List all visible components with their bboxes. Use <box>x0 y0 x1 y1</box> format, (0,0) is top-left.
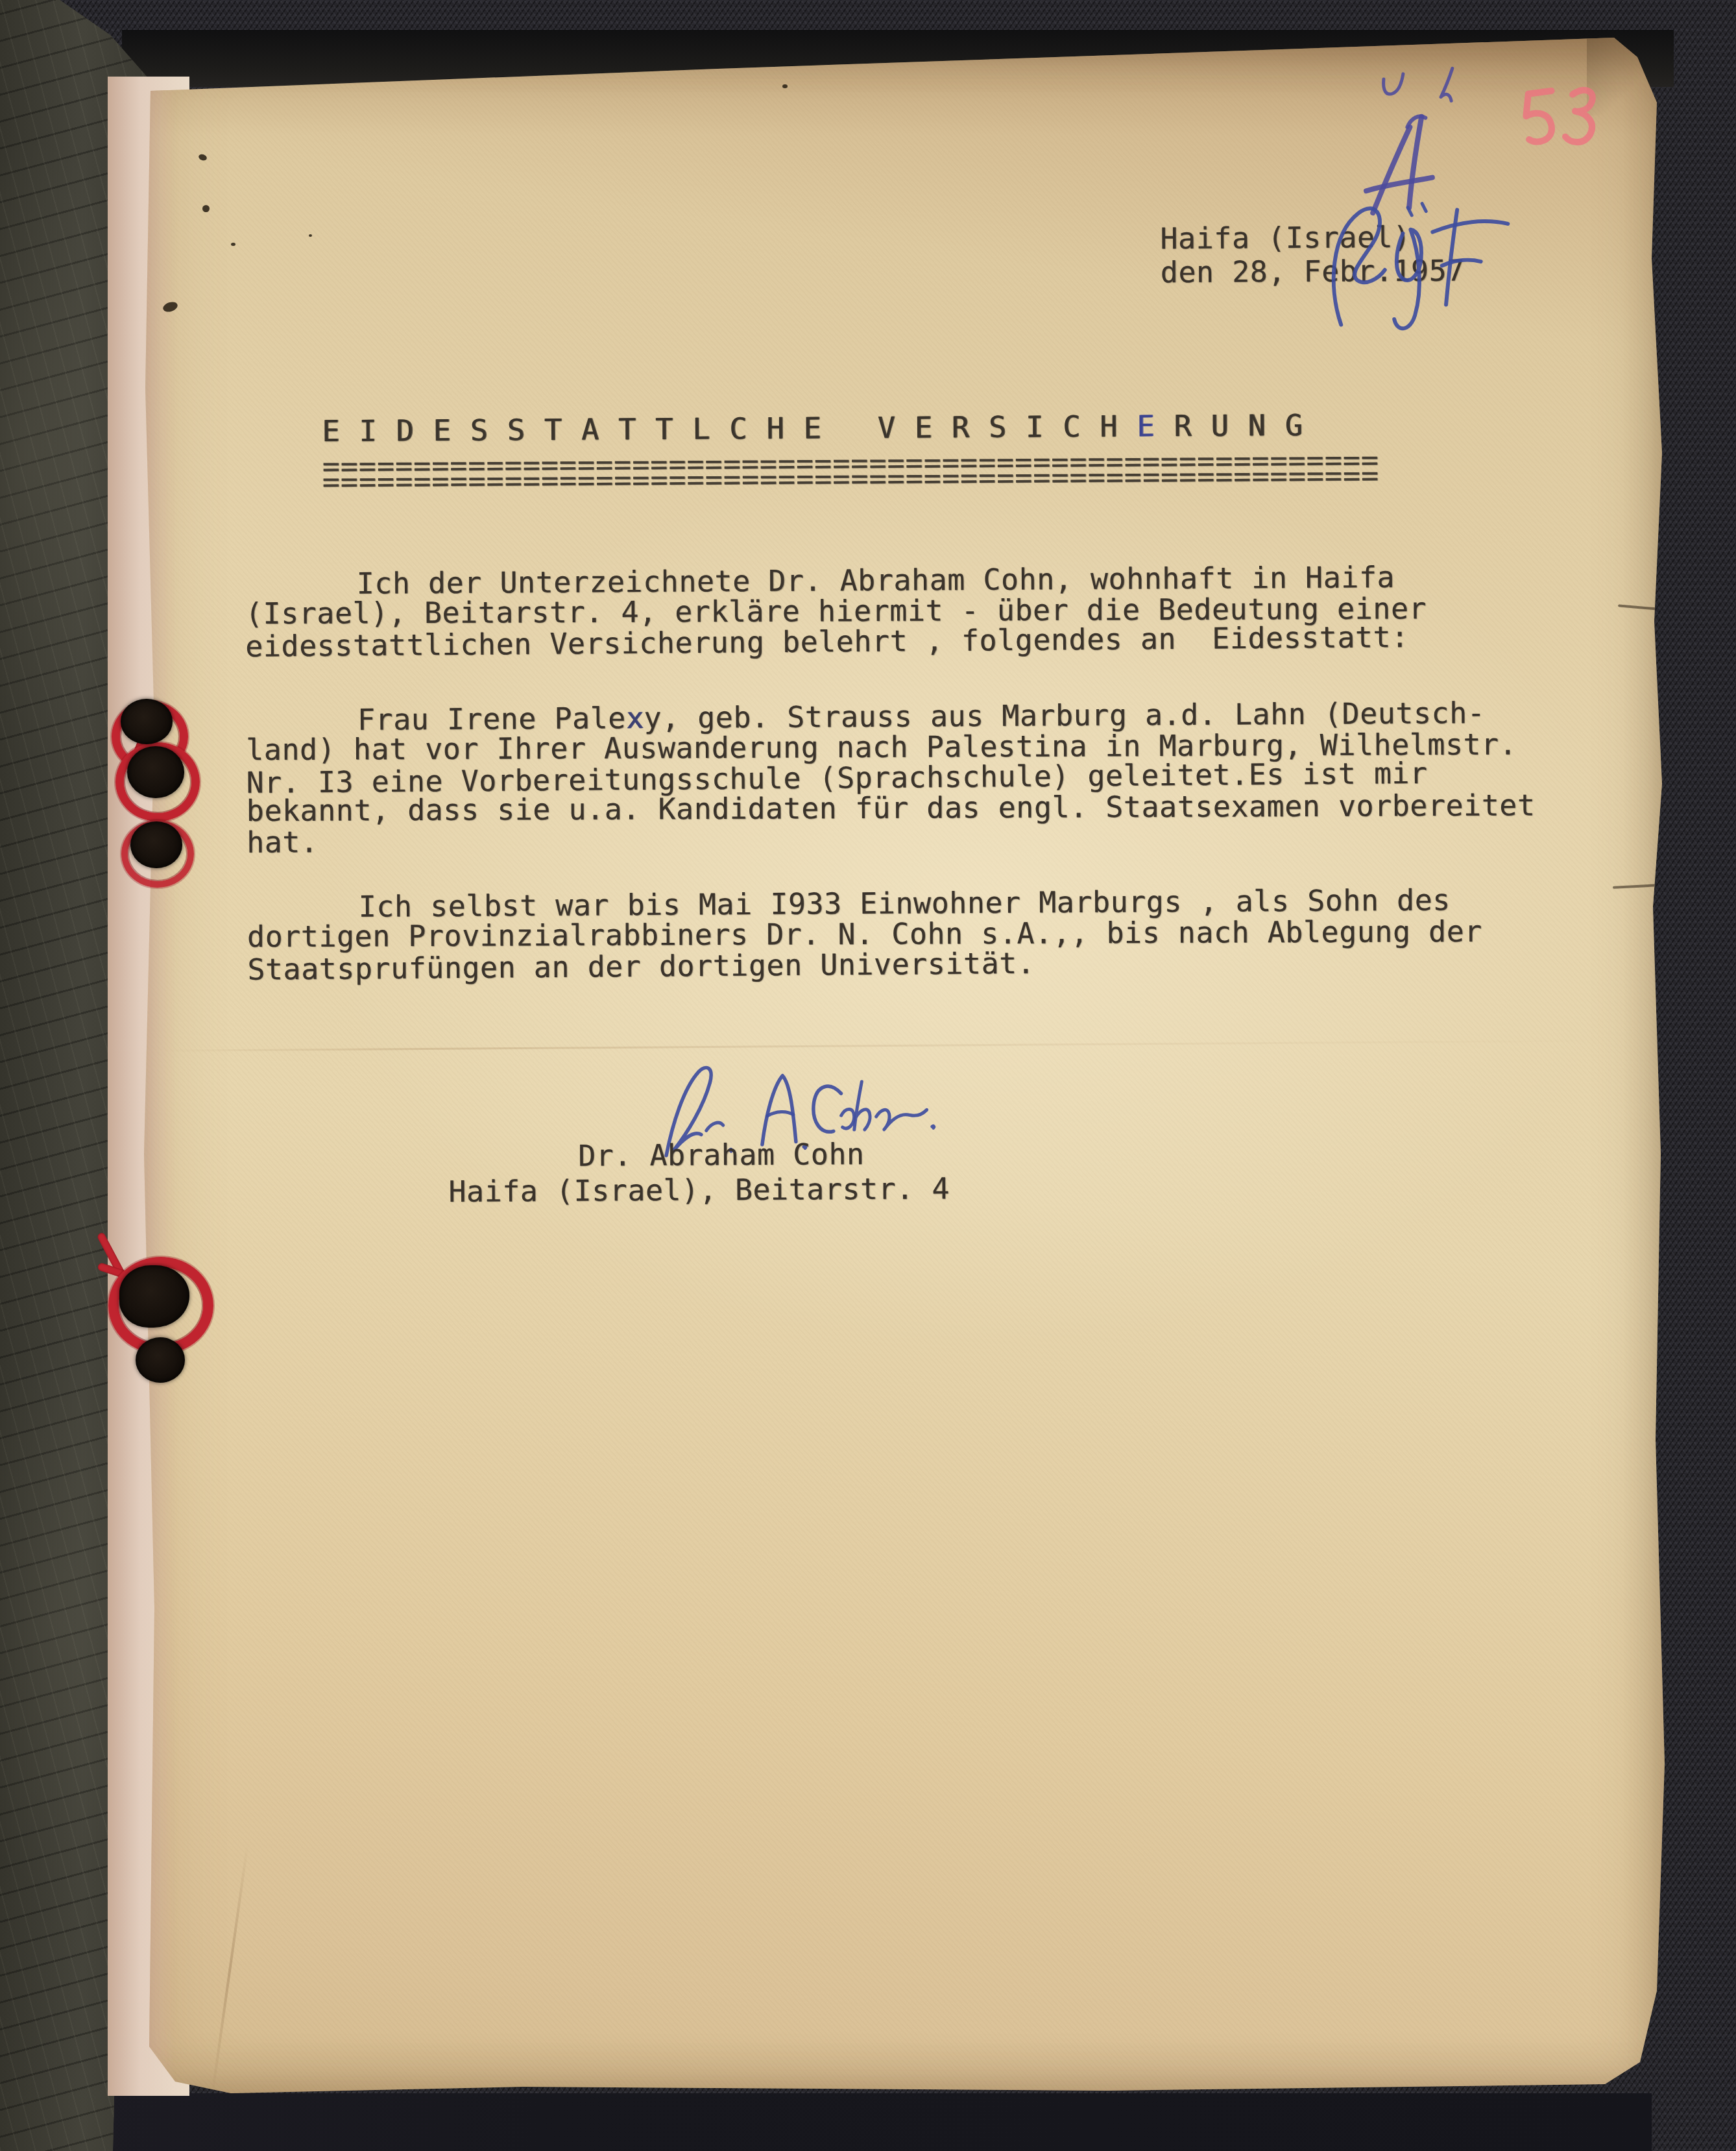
blue-ink-paraph <box>1299 171 1521 363</box>
typed-signatory-address: Haifa (Israel), Beitarstr. 4 <box>448 1173 950 1207</box>
document-page: H 53 Haifa (Isra <box>134 38 1669 2097</box>
document-title-block: EIDESSTATTLCHE VERSICHERUNG ============… <box>322 407 1379 490</box>
paragraph-line: Staatsprufüngen an der dortigen Universi… <box>247 944 1482 985</box>
paragraph-3: Ich selbst war bis Mai I933 Einwohner Ma… <box>247 884 1483 984</box>
paragraph-2: Frau Irene Palexy, geb. Strauss aus Marb… <box>246 698 1536 858</box>
binding-hole <box>130 821 182 868</box>
paraph-scribble-icon <box>1299 171 1521 360</box>
title-part2: RUNG <box>1174 408 1322 443</box>
binding-hole <box>121 699 173 744</box>
paragraph-1: Ich der Unterzeichnete Dr. Abraham Cohn,… <box>245 562 1427 661</box>
paragraph-line: bekannt, dass sie u.a. Kandidaten für da… <box>247 790 1536 826</box>
red-number-icon <box>1509 69 1626 174</box>
typed-signatory-name: Dr. Abraham Cohn <box>578 1139 865 1171</box>
title-underline: ========================================… <box>322 452 1379 490</box>
archival-scan: H 53 Haifa (Isra <box>0 0 1736 2151</box>
folder-cover-bottom-edge <box>65 2093 1652 2151</box>
binding-hole <box>127 746 184 798</box>
document-title: EIDESSTATTLCHE VERSICHERUNG <box>322 407 1379 448</box>
title-underline-row: ========================================… <box>322 468 1379 490</box>
strikeover-letter: x <box>626 701 644 735</box>
binding-hole <box>136 1337 185 1383</box>
title-overstruck-letter: E <box>1137 409 1174 443</box>
paragraph-line: eidesstattlichen Versicherung belehrt , … <box>245 622 1427 662</box>
page-content: H 53 Haifa (Isra <box>130 29 1678 2098</box>
red-page-number: 53 <box>1509 69 1626 176</box>
title-part1: EIDESSTATTLCHE VERSICH <box>322 409 1137 448</box>
